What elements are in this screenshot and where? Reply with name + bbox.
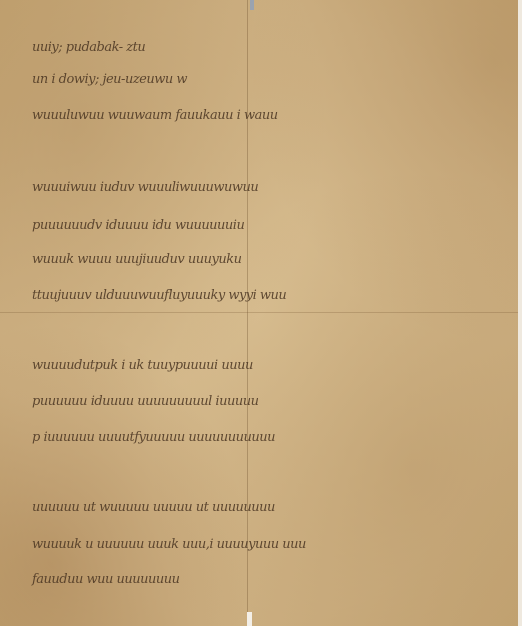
handwritten-line: wuuuudutpuk i uk tuuypuuuui uuuu xyxy=(32,358,253,373)
handwritten-line: puuuuuu iduuuu uuuuuuuuul iuuuuu xyxy=(32,394,258,409)
handwritten-line: wuuuluwuu wuuwaum fauukauu i wauu xyxy=(32,108,278,123)
handwritten-line: un i dowiy; jeu-uzeuwu w xyxy=(32,72,187,87)
top-tear xyxy=(250,0,254,10)
handwritten-line: ttuujuuuv ulduuuwuufluyuuuky wyyi wuu xyxy=(32,288,286,303)
handwritten-line: wuuuuk u uuuuuu uuuk uuu,i uuuuyuuu uuu xyxy=(32,537,306,552)
handwritten-line: uuiy; pudabak- ztu xyxy=(32,40,145,55)
handwritten-line: fauuduu wuu uuuuuuuu xyxy=(32,572,180,587)
horizontal-fold-crease xyxy=(0,312,518,313)
handwritten-line: uuuuuu ut wuuuuu uuuuu ut uuuuuuuu xyxy=(32,500,275,515)
handwritten-line: wuuuk wuuu uuujiuuduv uuuyuku xyxy=(32,252,241,267)
handwritten-line: p iuuuuuu uuuutfyuuuuu uuuuuuuuuuu xyxy=(32,430,275,445)
bottom-tear xyxy=(247,612,252,626)
handwritten-line: wuuuiwuu iuduv wuuuliwuuuwuwuu xyxy=(32,180,258,195)
letter-paper: uuiy; pudabak- ztu un i dowiy; jeu-uzeuw… xyxy=(0,0,518,626)
handwritten-line: puuuuuudv iduuuu idu wuuuuuuiu xyxy=(32,218,244,233)
vertical-fold-crease xyxy=(247,0,248,626)
